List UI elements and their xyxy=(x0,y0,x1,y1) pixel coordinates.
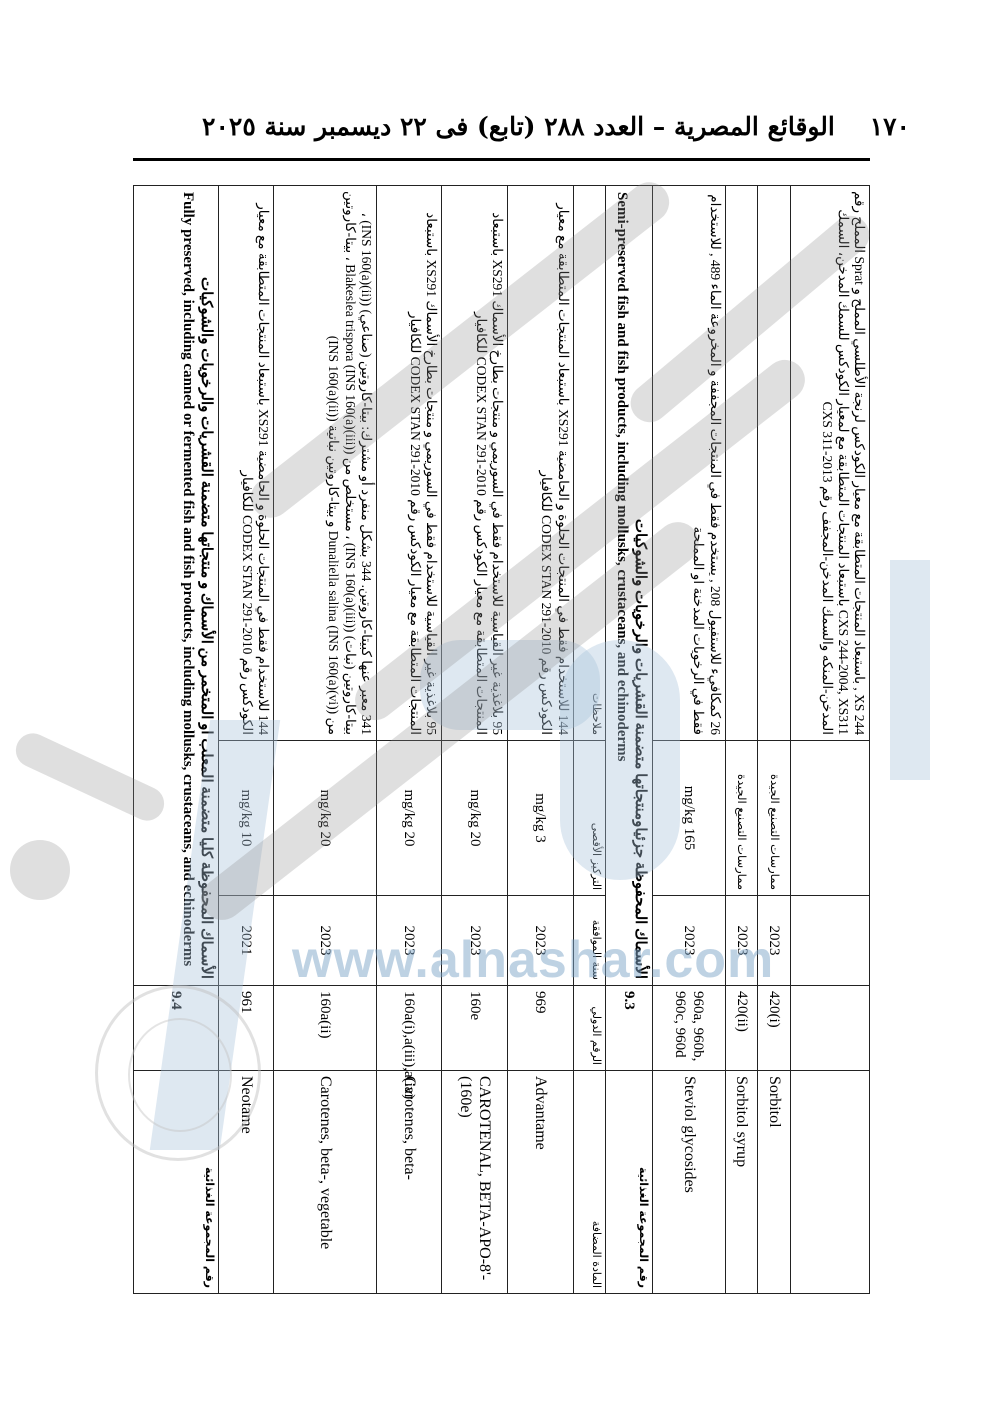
additive-name: Neotame xyxy=(219,1071,274,1294)
max-level: 10 mg/kg xyxy=(219,741,274,896)
ins-number xyxy=(791,986,870,1071)
max-level: 20 mg/kg xyxy=(442,741,508,896)
max-level: ممارسات التصنيع الجيدة xyxy=(758,741,791,896)
notes xyxy=(758,186,791,741)
header-year: سنة الموافقة xyxy=(573,896,606,986)
header-additive: المادة المضافة xyxy=(573,1071,606,1294)
approval-year: 2023 xyxy=(274,896,377,986)
group-number: 9.4 xyxy=(134,986,219,1071)
ins-number: 160e xyxy=(442,986,508,1071)
approval-year: 2023 xyxy=(508,896,574,986)
approval-year: 2023 xyxy=(758,896,791,986)
additive-name: Steviol glycosides xyxy=(653,1071,725,1294)
group-label: رقم المجموعة الغذائية xyxy=(606,1071,653,1294)
ins-number: 969 xyxy=(508,986,574,1071)
group-header-row: رقم المجموعة الغذائية 9.4 الأسماك المحفو… xyxy=(134,186,219,1294)
approval-year: 2023 xyxy=(442,896,508,986)
approval-year: 2023 xyxy=(725,896,758,986)
column-header-row: المادة المضافة الرقم الدولي سنة الموافقة… xyxy=(573,186,606,1294)
max-level: 20 mg/kg xyxy=(274,741,377,896)
header-divider xyxy=(133,158,870,161)
group-header-row: رقم المجموعة الغذائية 9.3 الأسماك المحفو… xyxy=(606,186,653,1294)
ins-number: 160a(ii) xyxy=(274,986,377,1071)
additive-name: CAROTENAL, BETA-APO-8'- (160e) xyxy=(442,1071,508,1294)
notes xyxy=(725,186,758,741)
notes: 341 معبر عنها كبيتا-كاروتين. 344 بشكل من… xyxy=(274,186,377,741)
table-row: Carotenes, beta- 160a(i),a(iii),a(iv) 20… xyxy=(376,186,442,1294)
approval-year: 2023 xyxy=(376,896,442,986)
table-row: Steviol glycosides 960a, 960b, 960c, 960… xyxy=(653,186,725,1294)
watermark-dot xyxy=(10,840,70,900)
group-title-ar: الأسماك المحفوظة كليا متضمنة المعلب او ا… xyxy=(197,192,215,979)
table-row: CAROTENAL, BETA-APO-8'- (160e) 160e 2023… xyxy=(442,186,508,1294)
notes: XS 244 , باستبعاد المنتجات المتطابقة مع … xyxy=(791,186,870,741)
group-title: الأسماك المحفوظة كليا متضمنة المعلب او ا… xyxy=(134,186,219,986)
header-notes: ملاحظات xyxy=(573,186,606,741)
ins-number: 160a(i),a(iii),a(iv) xyxy=(376,986,442,1071)
header-ins: الرقم الدولي xyxy=(573,986,606,1071)
gazette-title: الوقائع المصرية – العدد ٢٨٨ (تابع) فى ٢٢… xyxy=(202,112,835,141)
approval-year: 2021 xyxy=(219,896,274,986)
additive-name: Carotenes, beta-, vegetable xyxy=(274,1071,377,1294)
additive-name: Sorbitol syrup xyxy=(725,1071,758,1294)
table-row: XS 244 , باستبعاد المنتجات المتطابقة مع … xyxy=(791,186,870,1294)
notes: 95 بلاغذية غير القياسية للاستخدام فقط في… xyxy=(376,186,442,741)
table-row: Neotame 961 2021 10 mg/kg 144 للاستخدام … xyxy=(219,186,274,1294)
header-title-line: ١٧٠ الوقائع المصرية – العدد ٢٨٨ (تابع) ف… xyxy=(202,112,910,141)
ins-number: 960a, 960b, 960c, 960d xyxy=(653,986,725,1071)
additive-name: Advantame xyxy=(508,1071,574,1294)
page-header: ١٧٠ الوقائع المصرية – العدد ٢٨٨ (تابع) ف… xyxy=(0,112,1004,152)
additive-name: Carotenes, beta- xyxy=(376,1071,442,1294)
approval-year xyxy=(791,896,870,986)
max-level: 165 mg/kg xyxy=(653,741,725,896)
rotated-table-container: XS 244 , باستبعاد المنتجات المتطابقة مع … xyxy=(133,185,870,1293)
ins-number: 420(i) xyxy=(758,986,791,1071)
group-title-ar: الأسماك المحفوظة جزئياومنتجاتها متضمنة ا… xyxy=(632,192,650,979)
notes: 95 بلاغذية غير القياسية للاستخدام فقط في… xyxy=(442,186,508,741)
max-level xyxy=(791,741,870,896)
notes: 26 كمكافيء للاستفيول 208 , يستخدم فقط في… xyxy=(653,186,725,741)
group-title: الأسماك المحفوظة جزئياومنتجاتها متضمنة ا… xyxy=(606,186,653,986)
watermark-band xyxy=(890,560,930,780)
food-additives-table: XS 244 , باستبعاد المنتجات المتطابقة مع … xyxy=(133,185,870,1294)
group-label: رقم المجموعة الغذائية xyxy=(134,1071,219,1294)
table-row: Sorbitol 420(i) 2023 ممارسات التصنيع الج… xyxy=(758,186,791,1294)
group-title-en: Semi-preserved fish and fish products, i… xyxy=(614,192,632,979)
max-level: 3 mg/kg xyxy=(508,741,574,896)
max-level: ممارسات التصنيع الجيدة xyxy=(725,741,758,896)
max-level: 20 mg/kg xyxy=(376,741,442,896)
additive-name xyxy=(791,1071,870,1294)
notes: 144 للاستخدام فقط في المنتجات الحلوة و ا… xyxy=(508,186,574,741)
page-number: ١٧٠ xyxy=(870,112,910,141)
approval-year: 2023 xyxy=(653,896,725,986)
table-row: Sorbitol syrup 420(ii) 2023 ممارسات التص… xyxy=(725,186,758,1294)
table-row: Carotenes, beta-, vegetable 160a(ii) 202… xyxy=(274,186,377,1294)
ins-number: 961 xyxy=(219,986,274,1071)
header-max: التركيز الأقصى xyxy=(573,741,606,896)
group-number: 9.3 xyxy=(606,986,653,1071)
table-row: Advantame 969 2023 3 mg/kg 144 للاستخدام… xyxy=(508,186,574,1294)
ins-number: 420(ii) xyxy=(725,986,758,1071)
notes: 144 للاستخدام فقط في المنتجات الحلوة و ا… xyxy=(219,186,274,741)
group-title-en: Fully preserved, including canned or fer… xyxy=(179,192,197,979)
additive-name: Sorbitol xyxy=(758,1071,791,1294)
